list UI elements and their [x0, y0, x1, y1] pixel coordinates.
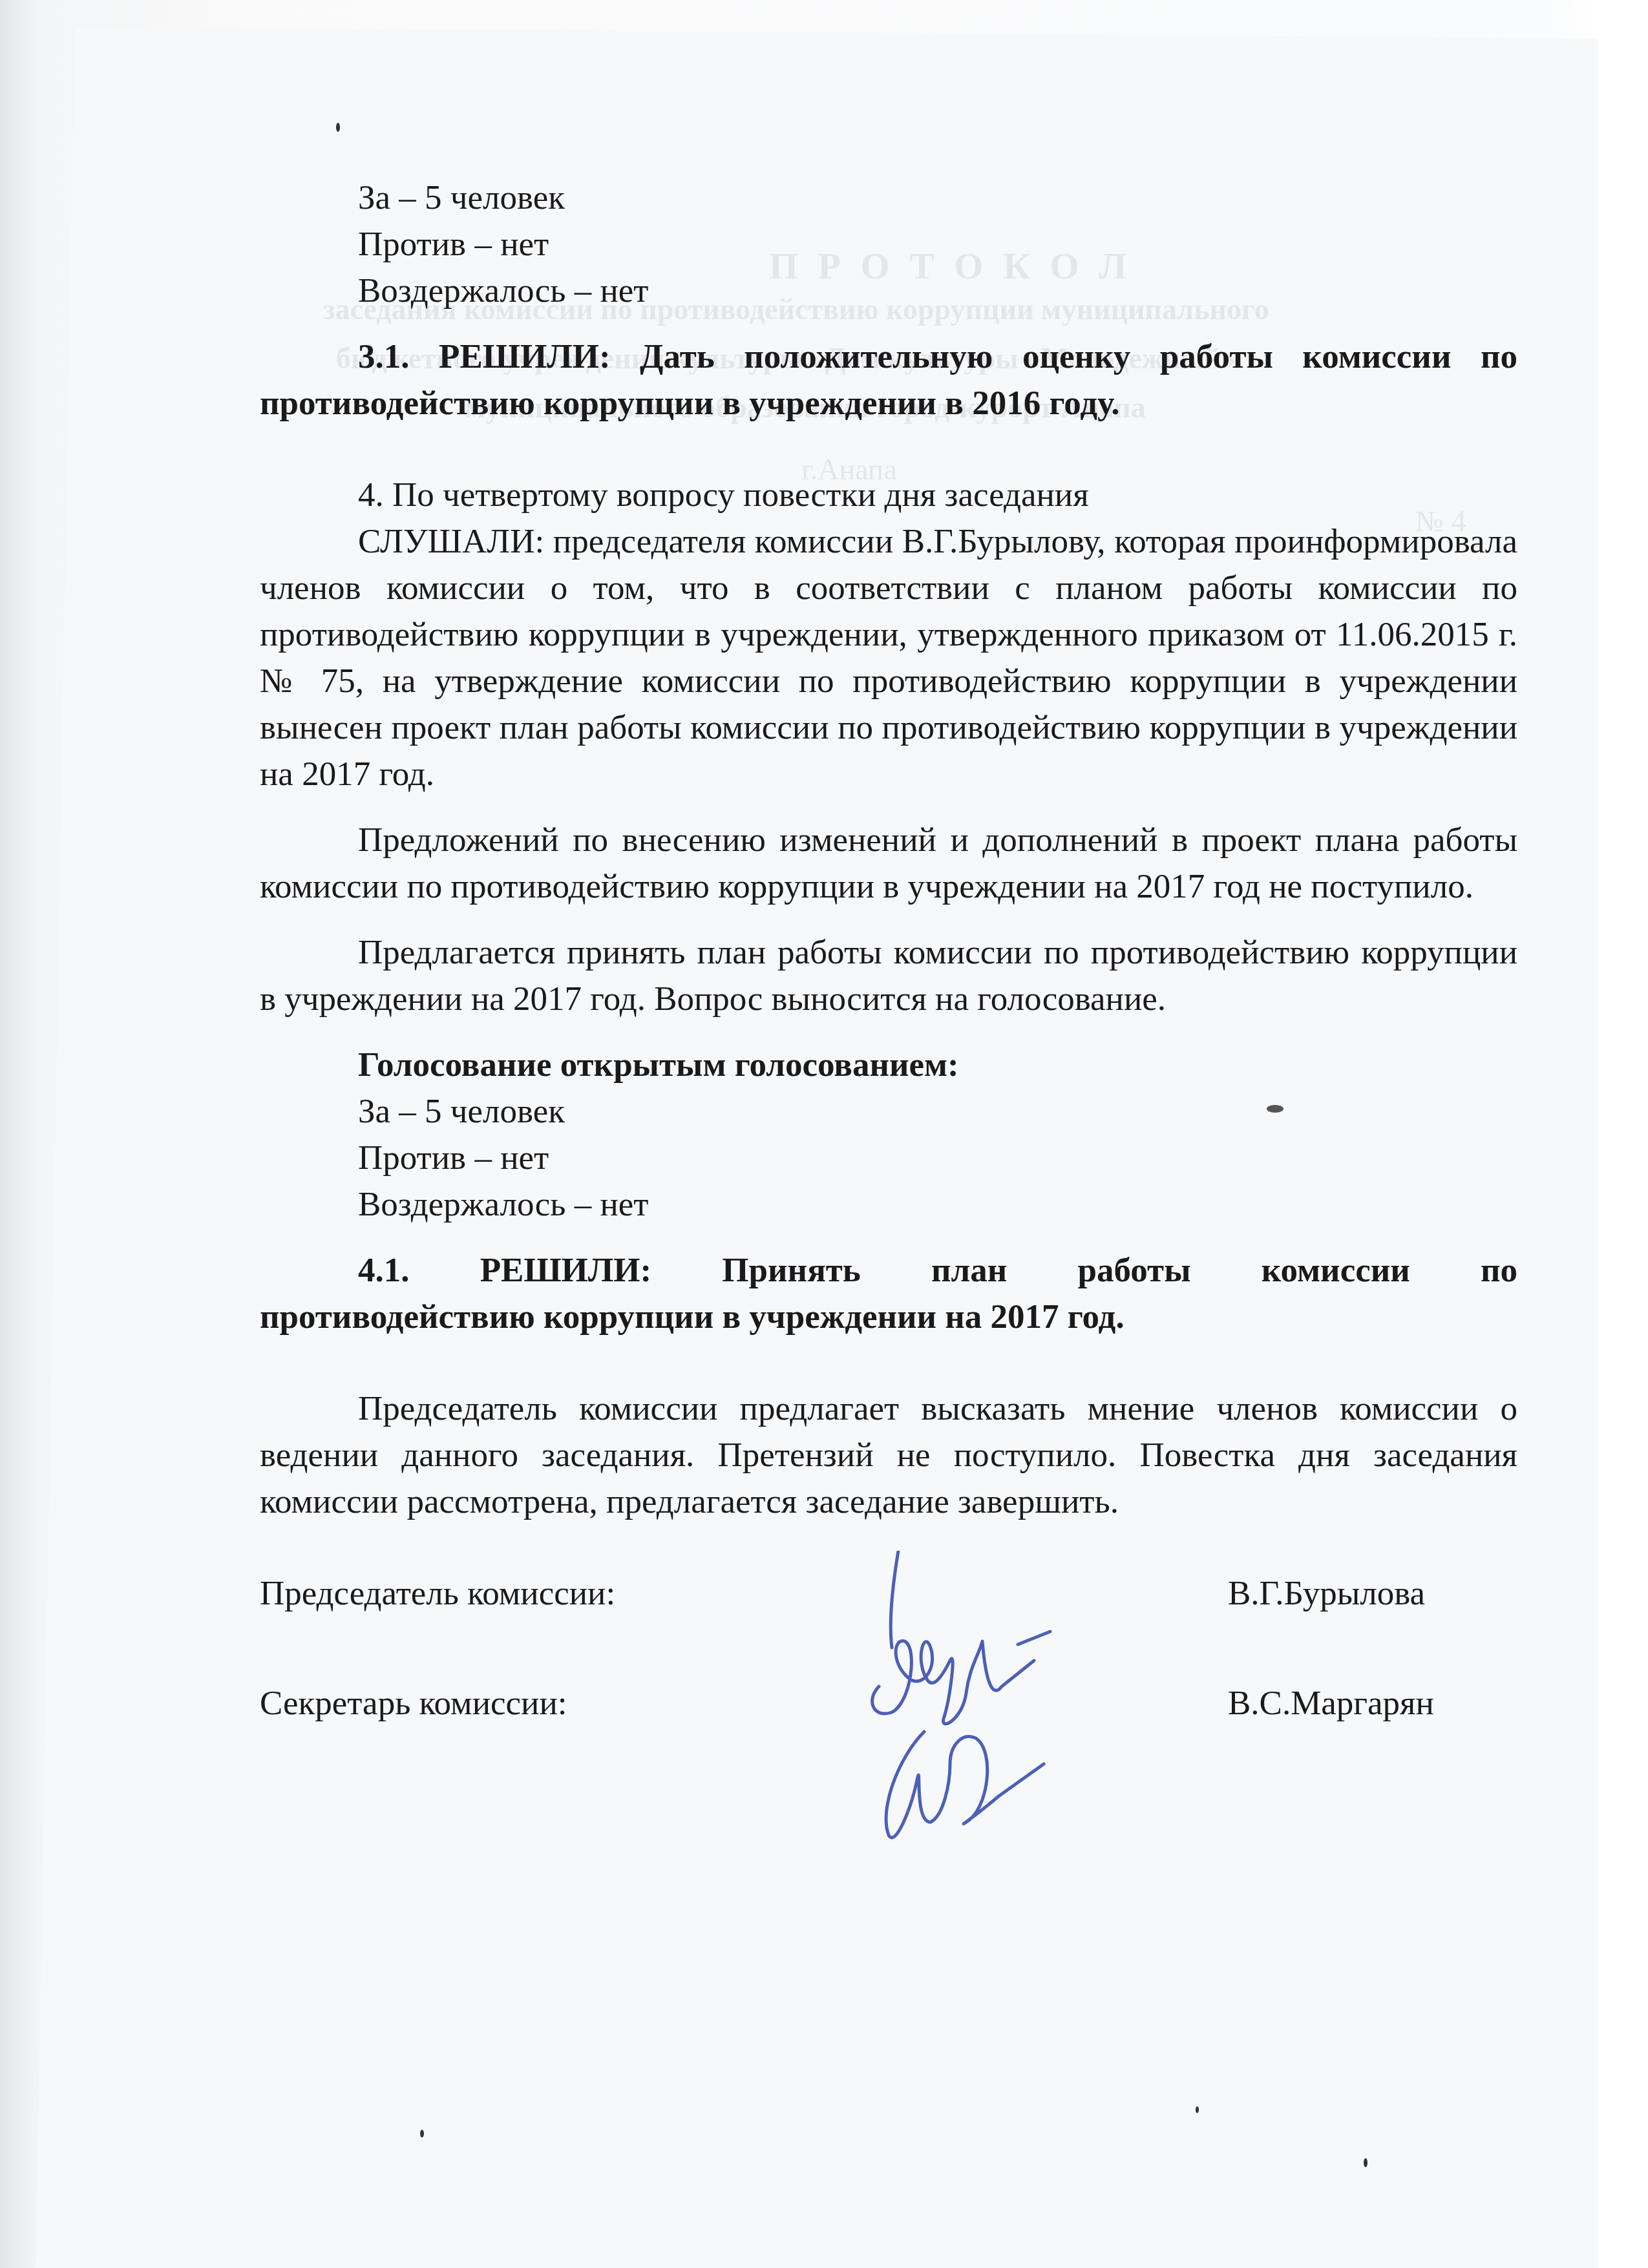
decision-text: Дать положительную оценку работы комисси…: [640, 338, 1517, 375]
vote-for: За – 5 человек: [260, 174, 1517, 221]
decision-4-1-line1: 4.1. РЕШИЛИ: Принять план работы комисси…: [260, 1247, 1517, 1294]
chairman-role: Председатель комиссии:: [260, 1570, 615, 1617]
decision-4-1-line2: противодействию коррупции в учреждении н…: [260, 1294, 1517, 1340]
scan-speck: [1267, 1105, 1284, 1113]
handwritten-signatures-icon: [853, 1551, 1066, 1874]
item-4-heard: СЛУШАЛИ: председателя комиссии В.Г.Бурыл…: [260, 518, 1517, 797]
closing-paragraph: Председатель комиссии предлагает высказа…: [260, 1385, 1517, 1525]
chairman-name: В.Г.Бурылова: [1228, 1570, 1425, 1617]
vote-abstained-2: Воздержалось – нет: [260, 1181, 1517, 1228]
scan-speck: [420, 2130, 424, 2137]
item-4-heading: 4. По четвертому вопросу повестки дня за…: [260, 472, 1517, 518]
scan-speck: [1196, 2106, 1199, 2113]
scan-speck: [336, 123, 340, 132]
decision-label: 4.1. РЕШИЛИ:: [358, 1252, 651, 1289]
document-body: За – 5 человек Против – нет Воздержалось…: [260, 174, 1517, 1727]
decision-3-1-line1: 3.1. РЕШИЛИ: Дать положительную оценку р…: [260, 333, 1517, 380]
decision-text: Принять план работы комиссии по: [722, 1252, 1517, 1289]
vote-against: Против – нет: [260, 221, 1517, 268]
vote-against-2: Против – нет: [260, 1135, 1517, 1181]
secretary-name: В.С.Маргарян: [1228, 1680, 1434, 1727]
item-4-motion: Предлагается принять план работы комисси…: [260, 929, 1517, 1022]
voting-title: Голосование открытым голосованием:: [260, 1042, 1517, 1088]
decision-3-1-line2: противодействию коррупции в учреждении в…: [260, 380, 1517, 426]
scan-speck: [1364, 2158, 1368, 2167]
item-4-proposals: Предложений по внесению изменений и допо…: [260, 817, 1517, 910]
vote-abstained: Воздержалось – нет: [260, 268, 1517, 314]
vote-for-2: За – 5 человек: [260, 1088, 1517, 1135]
decision-label: 3.1. РЕШИЛИ:: [358, 338, 611, 375]
secretary-role: Секретарь комиссии:: [260, 1680, 567, 1727]
